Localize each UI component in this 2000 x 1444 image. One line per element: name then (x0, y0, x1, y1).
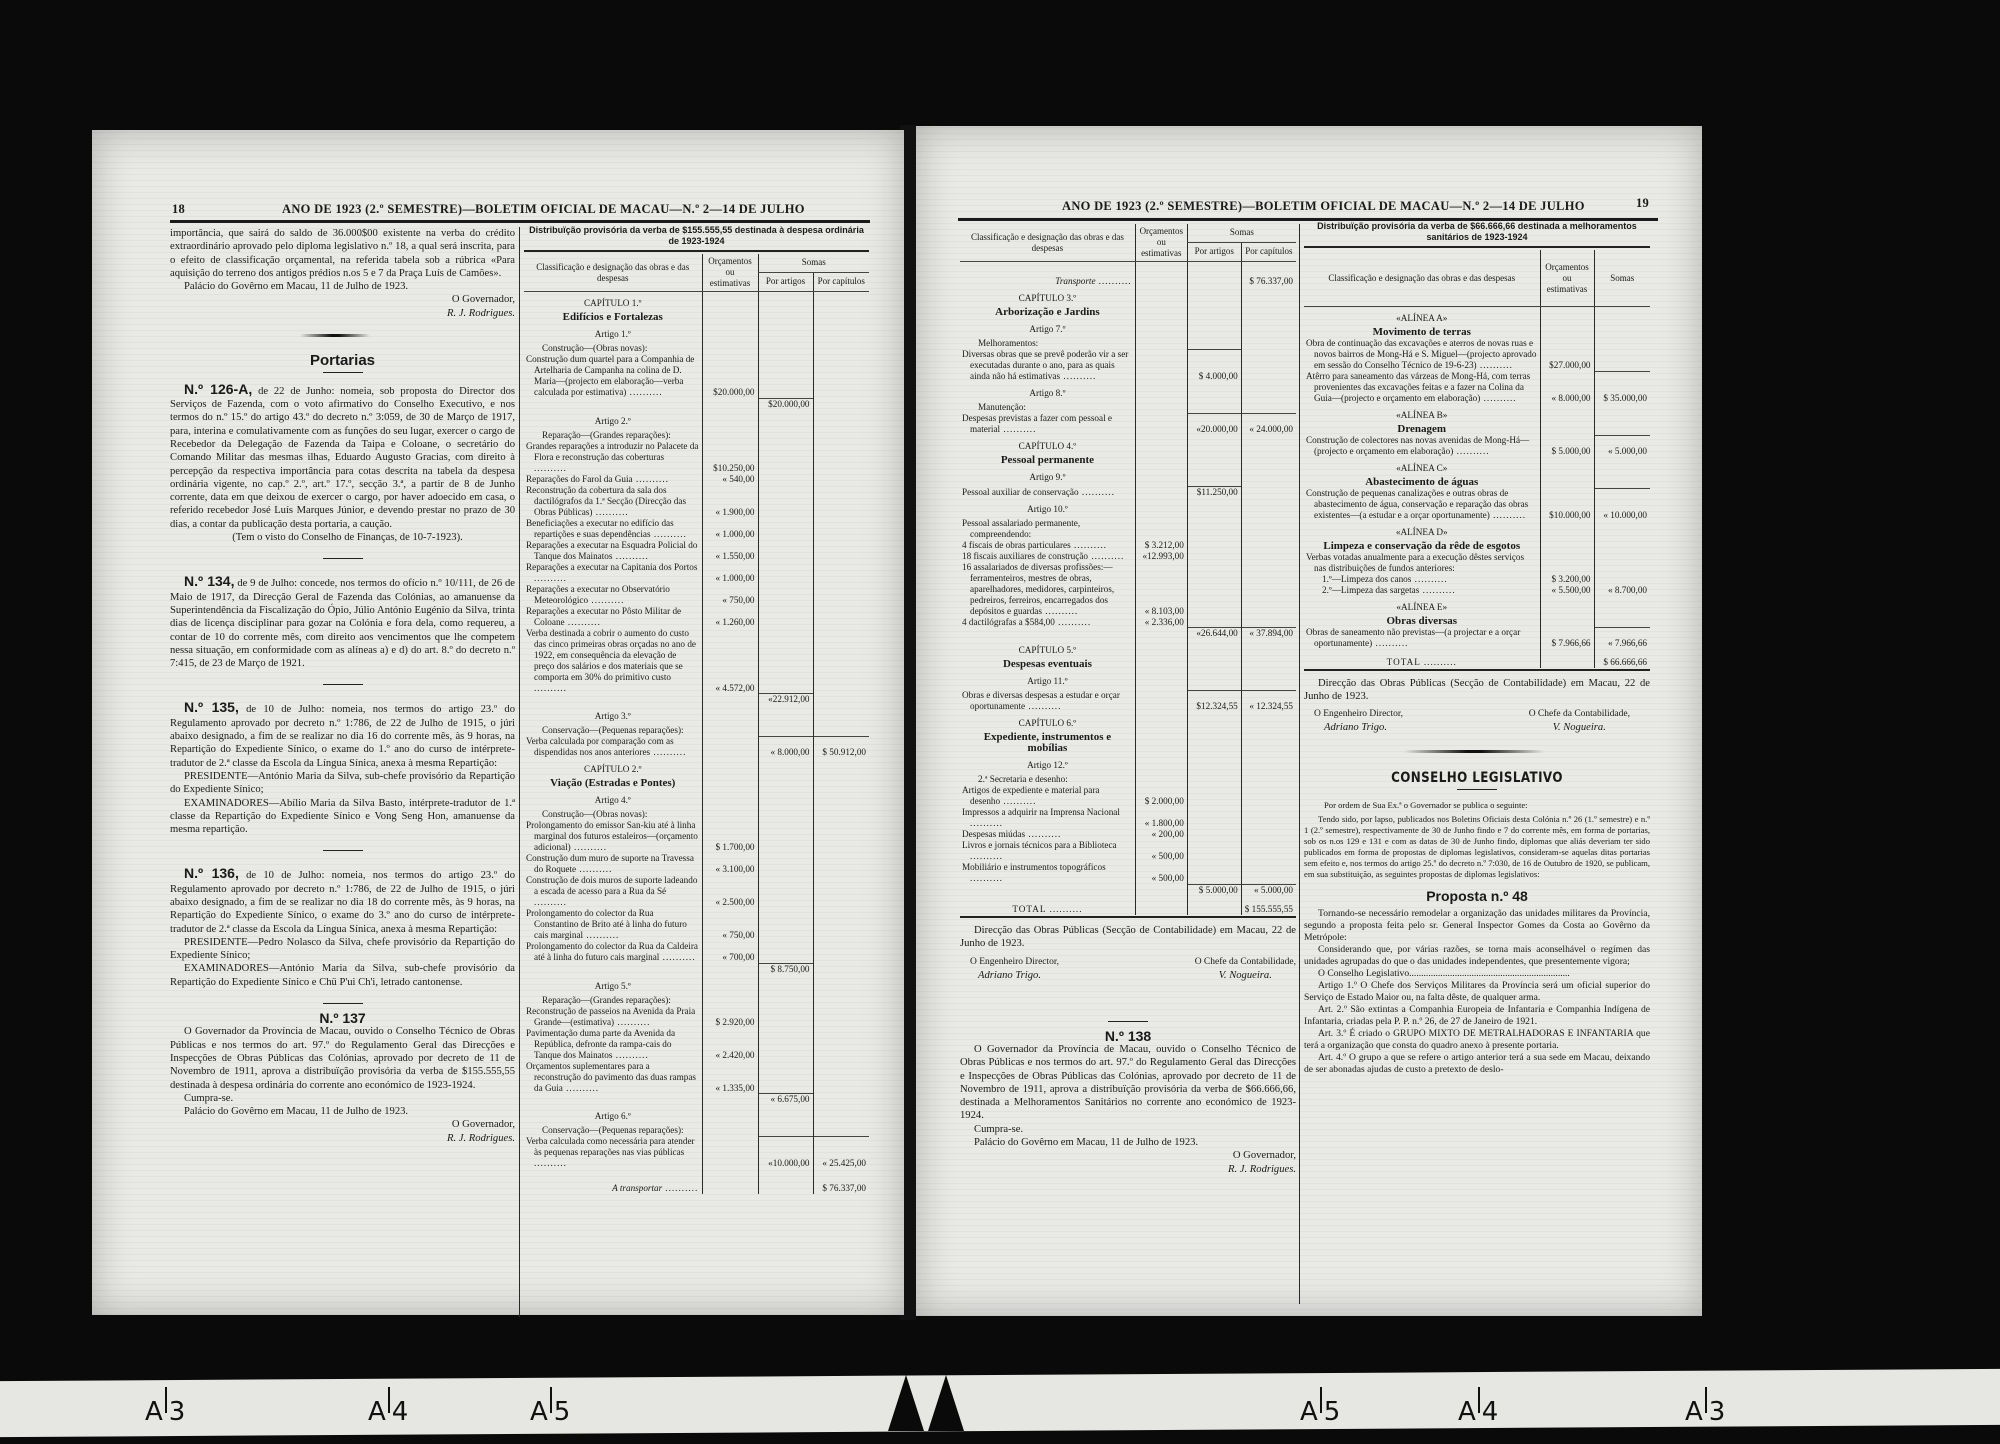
amount-cap (1241, 540, 1296, 551)
amount-orc (1135, 498, 1187, 518)
row-description: CAPÍTULO 3.º (960, 287, 1135, 304)
amount-art (758, 809, 813, 820)
table-row: «22.912,00 (524, 694, 869, 706)
row-description: Despesas miúdas (960, 829, 1135, 840)
amount-art (758, 853, 813, 875)
amount-cap (813, 941, 869, 963)
amount-cap (813, 474, 869, 485)
amount-orc (1135, 304, 1187, 318)
amount-art (758, 975, 813, 995)
table1-footer-left-name: Adriano Trigo. (970, 969, 1059, 982)
table1-footer-right-name: V. Nogueira. (1195, 969, 1296, 982)
proposta-body: Tornando-se necessário remodelar a organ… (1304, 908, 1650, 1076)
table-title: Distribuïção provisória da verba de $155… (524, 225, 869, 247)
row-description: Prolongamento do emissor San-kiu até à l… (524, 820, 702, 853)
amount-art (758, 820, 813, 853)
row-description: Construção de dois muros de suporte lade… (524, 875, 702, 908)
amount-cap (1241, 754, 1296, 774)
amount-art (1187, 562, 1241, 617)
table-row: Pavimentação duma parte da Avenida da Re… (524, 1028, 869, 1061)
amount-art (1187, 840, 1241, 862)
header-somas: Somas (1594, 250, 1650, 307)
amount-orc (1540, 457, 1594, 474)
amount-cap (1241, 287, 1296, 304)
table-row: 16 assalariados de diversas profissões:—… (960, 562, 1296, 617)
amount-art (1187, 435, 1241, 452)
amount-cap (813, 758, 869, 775)
amount-sum (1594, 457, 1650, 474)
amount-orc: « 4.572,00 (702, 628, 758, 694)
amount-art (758, 562, 813, 584)
amount-orc (702, 705, 758, 725)
table-row: TOTAL$ 66.666,66 (1304, 649, 1650, 668)
table-row: CAPÍTULO 3.º (960, 287, 1296, 304)
row-description: TOTAL (960, 896, 1135, 915)
table2-footer-left-name: Adriano Trigo. (1314, 721, 1403, 734)
table2-title: Distribuïção provisória da verba de $66.… (1304, 221, 1650, 243)
amount-sum (1594, 421, 1650, 435)
amount-cap (1241, 656, 1296, 670)
opening-paragraph: importância, que sairá do saldo de 36.00… (170, 227, 515, 280)
amount-orc (1540, 404, 1594, 421)
table2-footer-right-title: O Chefe da Contabilidade, (1529, 708, 1630, 721)
amount-art: $11.250,00 (1187, 486, 1241, 498)
row-description: Drenagem (1304, 421, 1540, 435)
amount-sum: « 5.000,00 (1594, 435, 1650, 457)
table-row: Construção—(Obras novas): (524, 809, 869, 820)
amount-orc: « 750,00 (702, 584, 758, 606)
table-row: Expediente, instrumentos e mobílias (960, 729, 1296, 754)
amount-sum (1594, 538, 1650, 552)
table-row: Diversas obras que se prevê poderão vir … (960, 349, 1296, 382)
amount-art (758, 908, 813, 941)
amount-art (758, 354, 813, 398)
amount-cap (1241, 466, 1296, 486)
table-row: TOTAL$ 155.555,55 (960, 896, 1296, 915)
amount-art (1187, 896, 1241, 915)
amount-art: « 8.000,00 (758, 736, 813, 758)
proposta-paragraph: Tornando-se necessário remodelar a organ… (1304, 908, 1650, 944)
row-description: CAPÍTULO 6.º (960, 712, 1135, 729)
page-number: 19 (1636, 196, 1649, 211)
amount-art (1187, 670, 1241, 690)
amount-orc: $20.000,00 (702, 354, 758, 398)
amount-orc (1135, 656, 1187, 670)
ledger-table-2: Distribuïção provisória da verba de $66.… (1304, 221, 1650, 1076)
row-description: Artigos de expediente e material para de… (960, 785, 1135, 807)
amount-orc: $ 2.920,00 (702, 1006, 758, 1028)
table-row: Beneficiações a executar no edifício das… (524, 518, 869, 540)
amount-cap (813, 975, 869, 995)
table-row: Obras diversas (1304, 613, 1650, 627)
row-description: Reparação—(Grandes reparações): (524, 995, 702, 1006)
table-row: Obra de continuação das excavações e ate… (1304, 338, 1650, 371)
ledger-table-1-continued: Classificação e designação das obras e d… (960, 224, 1296, 1176)
row-description: «ALÍNEA E» (1304, 596, 1540, 613)
amount-orc: « 1.900,00 (702, 485, 758, 518)
n138-text: O Governador da Província de Macau, ouvi… (960, 1043, 1296, 1123)
amount-art (758, 725, 813, 736)
row-description: Impressos a adquirir na Imprensa Naciona… (960, 807, 1135, 829)
amount-art (758, 474, 813, 485)
row-description: 2.º—Limpeza das sargetas (1304, 585, 1540, 596)
table-row: Artigo 6.º (524, 1105, 869, 1125)
row-description: Reparações a executar na Esquadra Polici… (524, 540, 702, 562)
row-description: Construção de colectores nas novas aveni… (1304, 435, 1540, 457)
proposta-paragraph: Considerando que, por várias razões, se … (1304, 944, 1650, 968)
left-page: 18 ANO DE 1923 (2.º SEMESTRE)—BOLETIM OF… (92, 130, 904, 1315)
row-description: Artigo 1.º (524, 323, 702, 343)
amount-sum (1594, 521, 1650, 538)
table-row: Reconstrução da cobertura da sala dos da… (524, 485, 869, 518)
amount-orc: « 700,00 (702, 941, 758, 963)
amount-orc (1540, 649, 1594, 668)
table-row: Artigo 7.º (960, 318, 1296, 338)
row-description: Obras e diversas despesas a estudar e or… (960, 690, 1135, 712)
table-row: A transportar$ 76.337,00 (524, 1169, 869, 1194)
amount-orc: «12.993,00 (1135, 551, 1187, 562)
table-row: Orçamentos suplementares para a reconstr… (524, 1061, 869, 1094)
row-description: Artigo 4.º (524, 789, 702, 809)
amount-cap (813, 540, 869, 562)
right-page: ANO DE 1923 (2.º SEMESTRE)—BOLETIM OFICI… (916, 126, 1702, 1316)
portaria-135-examiners: EXAMINADORES—Abílio Maria da Silva Basto… (170, 797, 515, 837)
table-row: Construção de pequenas canalizações e ou… (1304, 488, 1650, 521)
ledger-table: Classificação e designação das obras e d… (524, 254, 869, 1194)
row-description: Orçamentos suplementares para a reconstr… (524, 1061, 702, 1094)
amount-art: «20.000,00 (1187, 413, 1241, 435)
amount-cap (813, 694, 869, 706)
table-end-rule (1304, 669, 1650, 671)
running-head: ANO DE 1923 (2.º SEMESTRE)—BOLETIM OFICI… (282, 202, 805, 217)
amount-cap: $ 76.337,00 (1241, 262, 1296, 288)
amount-cap (1241, 452, 1296, 466)
table-row: Livros e jornais técnicos para a Bibliot… (960, 840, 1296, 862)
table-row: Artigo 10.º (960, 498, 1296, 518)
amount-orc (702, 694, 758, 706)
table2-footer: Direcção das Obras Públicas (Secção de C… (1304, 677, 1650, 1076)
row-description: Pessoal assalariado permanente, compreen… (960, 518, 1135, 540)
portaria-135: N.º 135, de 10 de Julho: nomeia, nos ter… (170, 701, 515, 769)
row-description: Reparações a executar na Capitania dos P… (524, 562, 702, 584)
amount-cap (1241, 402, 1296, 413)
amount-sum: $ 35.000,00 (1594, 371, 1650, 404)
amount-orc: « 540,00 (702, 474, 758, 485)
amount-orc: $27.000,00 (1540, 338, 1594, 371)
row-description: 4 dactilógrafas a $584,00 (960, 617, 1135, 628)
proposta-paragraph: Art. 2.º São extintas a Companhia Europe… (1304, 1004, 1650, 1028)
amount-cap (1241, 338, 1296, 349)
table-row: Verba destinada a cobrir o aumento do cu… (524, 628, 869, 694)
conselho-intro: Por ordem de Sua Ex.ª o Governador se pu… (1304, 800, 1650, 811)
amount-orc (1135, 896, 1187, 915)
amount-cap (1241, 562, 1296, 617)
amount-art (758, 410, 813, 430)
amount-orc: $ 5.000,00 (1540, 435, 1594, 457)
amount-art (758, 789, 813, 809)
amount-art (1187, 774, 1241, 785)
row-description (960, 884, 1135, 896)
amount-cap (813, 1006, 869, 1028)
proposta-paragraph: O Conselho Legislativo..................… (1304, 968, 1650, 980)
amount-art (758, 606, 813, 628)
film-frame-marker: A5 (530, 1397, 570, 1427)
amount-orc (1540, 324, 1594, 338)
header-por-artigos: Por artigos (758, 272, 813, 291)
amount-cap: « 25.425,00 (813, 1136, 869, 1169)
amount-cap (813, 1061, 869, 1094)
portaria-136: N.º 136, de 10 de Julho: nomeia, nos ter… (170, 867, 515, 935)
amount-art (1187, 402, 1241, 413)
amount-cap (813, 410, 869, 430)
amount-orc (702, 323, 758, 343)
amount-orc: « 2.336,00 (1135, 617, 1187, 628)
amount-art (1187, 829, 1241, 840)
header-desc: Classificação e designação das obras e d… (1304, 250, 1540, 307)
amount-art (758, 758, 813, 775)
table-row: Conservação—(Pequenas reparações): (524, 1125, 869, 1136)
amount-orc (702, 975, 758, 995)
amount-cap (1241, 829, 1296, 840)
amount-art (1187, 785, 1241, 807)
amount-orc: $ 2.000,00 (1135, 785, 1187, 807)
short-rule (323, 850, 363, 851)
table-row: Manutenção: (960, 402, 1296, 413)
amount-cap (813, 995, 869, 1006)
amount-orc: « 1.000,00 (702, 518, 758, 540)
ornament-divider (1404, 750, 1544, 753)
amount-art (758, 430, 813, 441)
table-row: CAPÍTULO 2.º (524, 758, 869, 775)
amount-orc (1540, 307, 1594, 325)
amount-art (1187, 518, 1241, 540)
film-frame-marker: A5 (1300, 1397, 1340, 1427)
amount-orc (1135, 413, 1187, 435)
amount-art: «26.644,00 (1187, 628, 1241, 640)
amount-art (758, 1125, 813, 1136)
amount-art (1187, 287, 1241, 304)
table-row: «ALÍNEA B» (1304, 404, 1650, 421)
amount-cap (813, 518, 869, 540)
amount-orc (702, 1094, 758, 1106)
row-description: Pavimentação duma parte da Avenida da Re… (524, 1028, 702, 1061)
amount-orc (702, 789, 758, 809)
n138-title: N.º 138 (960, 1030, 1296, 1043)
row-description: TOTAL (1304, 649, 1540, 668)
amount-cap (813, 441, 869, 474)
table-row: Pessoal permanente (960, 452, 1296, 466)
n137-cumpra: Cumpra-se. (170, 1092, 515, 1105)
header-por-artigos: Por artigos (1187, 242, 1241, 261)
amount-sum (1594, 404, 1650, 421)
amount-sum: « 8.700,00 (1594, 585, 1650, 596)
amount-cap (813, 562, 869, 584)
column-rule (1299, 224, 1300, 1304)
row-description: Atêrro para saneamento das várzeas de Mo… (1304, 371, 1540, 404)
film-frame-marker: A3 (1685, 1397, 1725, 1427)
table-row: Artigo 8.º (960, 382, 1296, 402)
amount-orc (1135, 486, 1187, 498)
amount-cap: « 24.000,00 (1241, 413, 1296, 435)
row-description: 18 fiscais auxiliares de construção (960, 551, 1135, 562)
amount-cap (1241, 729, 1296, 754)
amount-art (1187, 729, 1241, 754)
portaria-136-examiners: EXAMINADORES—António Maria da Silva, sub… (170, 962, 515, 989)
row-description: Obras diversas (1304, 613, 1540, 627)
amount-cap (813, 820, 869, 853)
amount-orc (1135, 435, 1187, 452)
amount-orc: « 1.550,00 (702, 540, 758, 562)
row-description: Artigo 5.º (524, 975, 702, 995)
row-description: Artigo 8.º (960, 382, 1135, 402)
table-row: 1.º—Limpeza dos canos$ 3.200,00 (1304, 574, 1650, 585)
n137-signer-title: O Governador, (170, 1118, 515, 1132)
row-description: «ALÍNEA C» (1304, 457, 1540, 474)
amount-orc: « 1.800,00 (1135, 807, 1187, 829)
amount-cap (813, 430, 869, 441)
table-row: Artigo 12.º (960, 754, 1296, 774)
row-description: Construção dum quartel para a Companhia … (524, 354, 702, 398)
amount-orc (1135, 382, 1187, 402)
table-row: 4 fiscais de obras particulares$ 3.212,0… (960, 540, 1296, 551)
row-description (524, 963, 702, 975)
short-rule (323, 558, 363, 559)
amount-orc (1540, 596, 1594, 613)
row-description: Viação (Estradas e Pontes) (524, 775, 702, 789)
amount-orc (702, 963, 758, 975)
row-description (524, 694, 702, 706)
film-frame-marker: A3 (145, 1397, 185, 1427)
table-row: Reparações a executar no Observatório Me… (524, 584, 869, 606)
amount-art: $12.324,55 (1187, 690, 1241, 712)
portaria-134: N.º 134, de 9 de Julho: concede, nos ter… (170, 575, 515, 670)
table-row: Mobiliário e instrumentos topográficos« … (960, 862, 1296, 884)
amount-art: $ 5.000,00 (1187, 884, 1241, 896)
amount-art (1187, 338, 1241, 349)
amount-art (1187, 304, 1241, 318)
amount-cap (813, 485, 869, 518)
amount-art (1187, 639, 1241, 656)
amount-cap: « 12.324,55 (1241, 690, 1296, 712)
amount-art (1187, 656, 1241, 670)
amount-art (758, 584, 813, 606)
table-row: CAPÍTULO 4.º (960, 435, 1296, 452)
amount-art (758, 1028, 813, 1061)
amount-cap (1241, 862, 1296, 884)
amount-art: $ 8.750,00 (758, 963, 813, 975)
amount-orc (702, 343, 758, 354)
row-description: Conservação—(Pequenas reparações): (524, 1125, 702, 1136)
amount-sum (1594, 574, 1650, 585)
short-rule (1457, 789, 1497, 790)
amount-cap (813, 775, 869, 789)
amount-orc: $ 3.200,00 (1540, 574, 1594, 585)
table-row: Construção dum quartel para a Companhia … (524, 354, 869, 398)
opening-place-date: Palácio do Govêrno em Macau, 11 de Julho… (170, 280, 515, 293)
amount-orc (702, 1125, 758, 1136)
amount-cap: $ 155.555,55 (1241, 896, 1296, 915)
amount-art (758, 875, 813, 908)
short-rule (323, 372, 363, 373)
row-description: Prolongamento do colector da Rua da Cald… (524, 941, 702, 963)
row-description: Verba calculada como necessária para ate… (524, 1136, 702, 1169)
table-row: Prolongamento do colector da Rua da Cald… (524, 941, 869, 963)
amount-orc (1135, 402, 1187, 413)
table-row: Artigo 1.º (524, 323, 869, 343)
amount-cap (1241, 518, 1296, 540)
amount-orc (702, 1105, 758, 1125)
table-row: Construção dum muro de suporte na Traves… (524, 853, 869, 875)
table-row: Prolongamento do emissor San-kiu até à l… (524, 820, 869, 853)
amount-cap (1241, 840, 1296, 862)
amount-art (758, 1061, 813, 1094)
film-frame-marker: A4 (1458, 1397, 1498, 1427)
amount-cap (813, 354, 869, 398)
row-description: Reparações do Farol da Guia (524, 474, 702, 485)
amount-orc (1135, 349, 1187, 382)
table-row: Construção de colectores nas novas aveni… (1304, 435, 1650, 457)
header-por-capitulos: Por capítulos (813, 272, 869, 291)
amount-orc: $10.000,00 (1540, 488, 1594, 521)
header-somas: Somas (758, 254, 869, 272)
amount-orc: « 2.420,00 (702, 1028, 758, 1061)
running-head: ANO DE 1923 (2.º SEMESTRE)—BOLETIM OFICI… (1062, 199, 1585, 214)
amount-art (1187, 712, 1241, 729)
row-description: Melhoramentos: (960, 338, 1135, 349)
row-description: A transportar (524, 1169, 702, 1194)
amount-cap (813, 908, 869, 941)
table1-footer: Direcção das Obras Públicas (Secção de C… (960, 924, 1296, 1177)
table-row: Construção de dois muros de suporte lade… (524, 875, 869, 908)
amount-orc: « 1.000,00 (702, 562, 758, 584)
header-desc: Classificação e designação das obras e d… (524, 254, 702, 292)
amount-art (1187, 498, 1241, 518)
amount-orc (1540, 421, 1594, 435)
portaria-126a-note: (Tem o visto do Conselho de Finanças, de… (170, 531, 515, 544)
amount-orc: « 5.500,00 (1540, 585, 1594, 596)
amount-orc (702, 398, 758, 410)
table-row: Despesas eventuais (960, 656, 1296, 670)
amount-art: «10.000,00 (758, 1136, 813, 1169)
portaria-136-president: PRESIDENTE—Pedro Nolasco da Silva, chefe… (170, 936, 515, 963)
amount-cap (1241, 807, 1296, 829)
row-description: Artigo 10.º (960, 498, 1135, 518)
table2-footer-left-title: O Engenheiro Director, (1314, 708, 1403, 721)
amount-orc (1540, 538, 1594, 552)
proposta-paragraph: Art. 4.º O grupo a que se refere o artig… (1304, 1052, 1650, 1076)
row-description: Verba destinada a cobrir o aumento do cu… (524, 628, 702, 694)
table-end-rule (960, 916, 1296, 918)
amount-orc (1135, 712, 1187, 729)
table-row: Reparação—(Grandes reparações): (524, 995, 869, 1006)
table-row: Artigos de expediente e material para de… (960, 785, 1296, 807)
amount-art (1187, 862, 1241, 884)
table-row: Obras e diversas despesas a estudar e or… (960, 690, 1296, 712)
table-row: 2.ª Secretaria e desenho: (960, 774, 1296, 785)
n138-signer-title: O Governador, (960, 1149, 1296, 1163)
row-description: 16 assalariados de diversas profissões:—… (960, 562, 1135, 617)
amount-orc (702, 1136, 758, 1169)
amount-orc: « 200,00 (1135, 829, 1187, 840)
amount-orc: « 2.500,00 (702, 875, 758, 908)
amount-orc (1135, 628, 1187, 640)
amount-cap (813, 725, 869, 736)
row-description: 2.ª Secretaria e desenho: (960, 774, 1135, 785)
amount-cap (1241, 712, 1296, 729)
amount-sum: $ 66.666,66 (1594, 649, 1650, 668)
amount-cap: $ 50.912,00 (813, 736, 869, 758)
amount-sum (1594, 307, 1650, 325)
